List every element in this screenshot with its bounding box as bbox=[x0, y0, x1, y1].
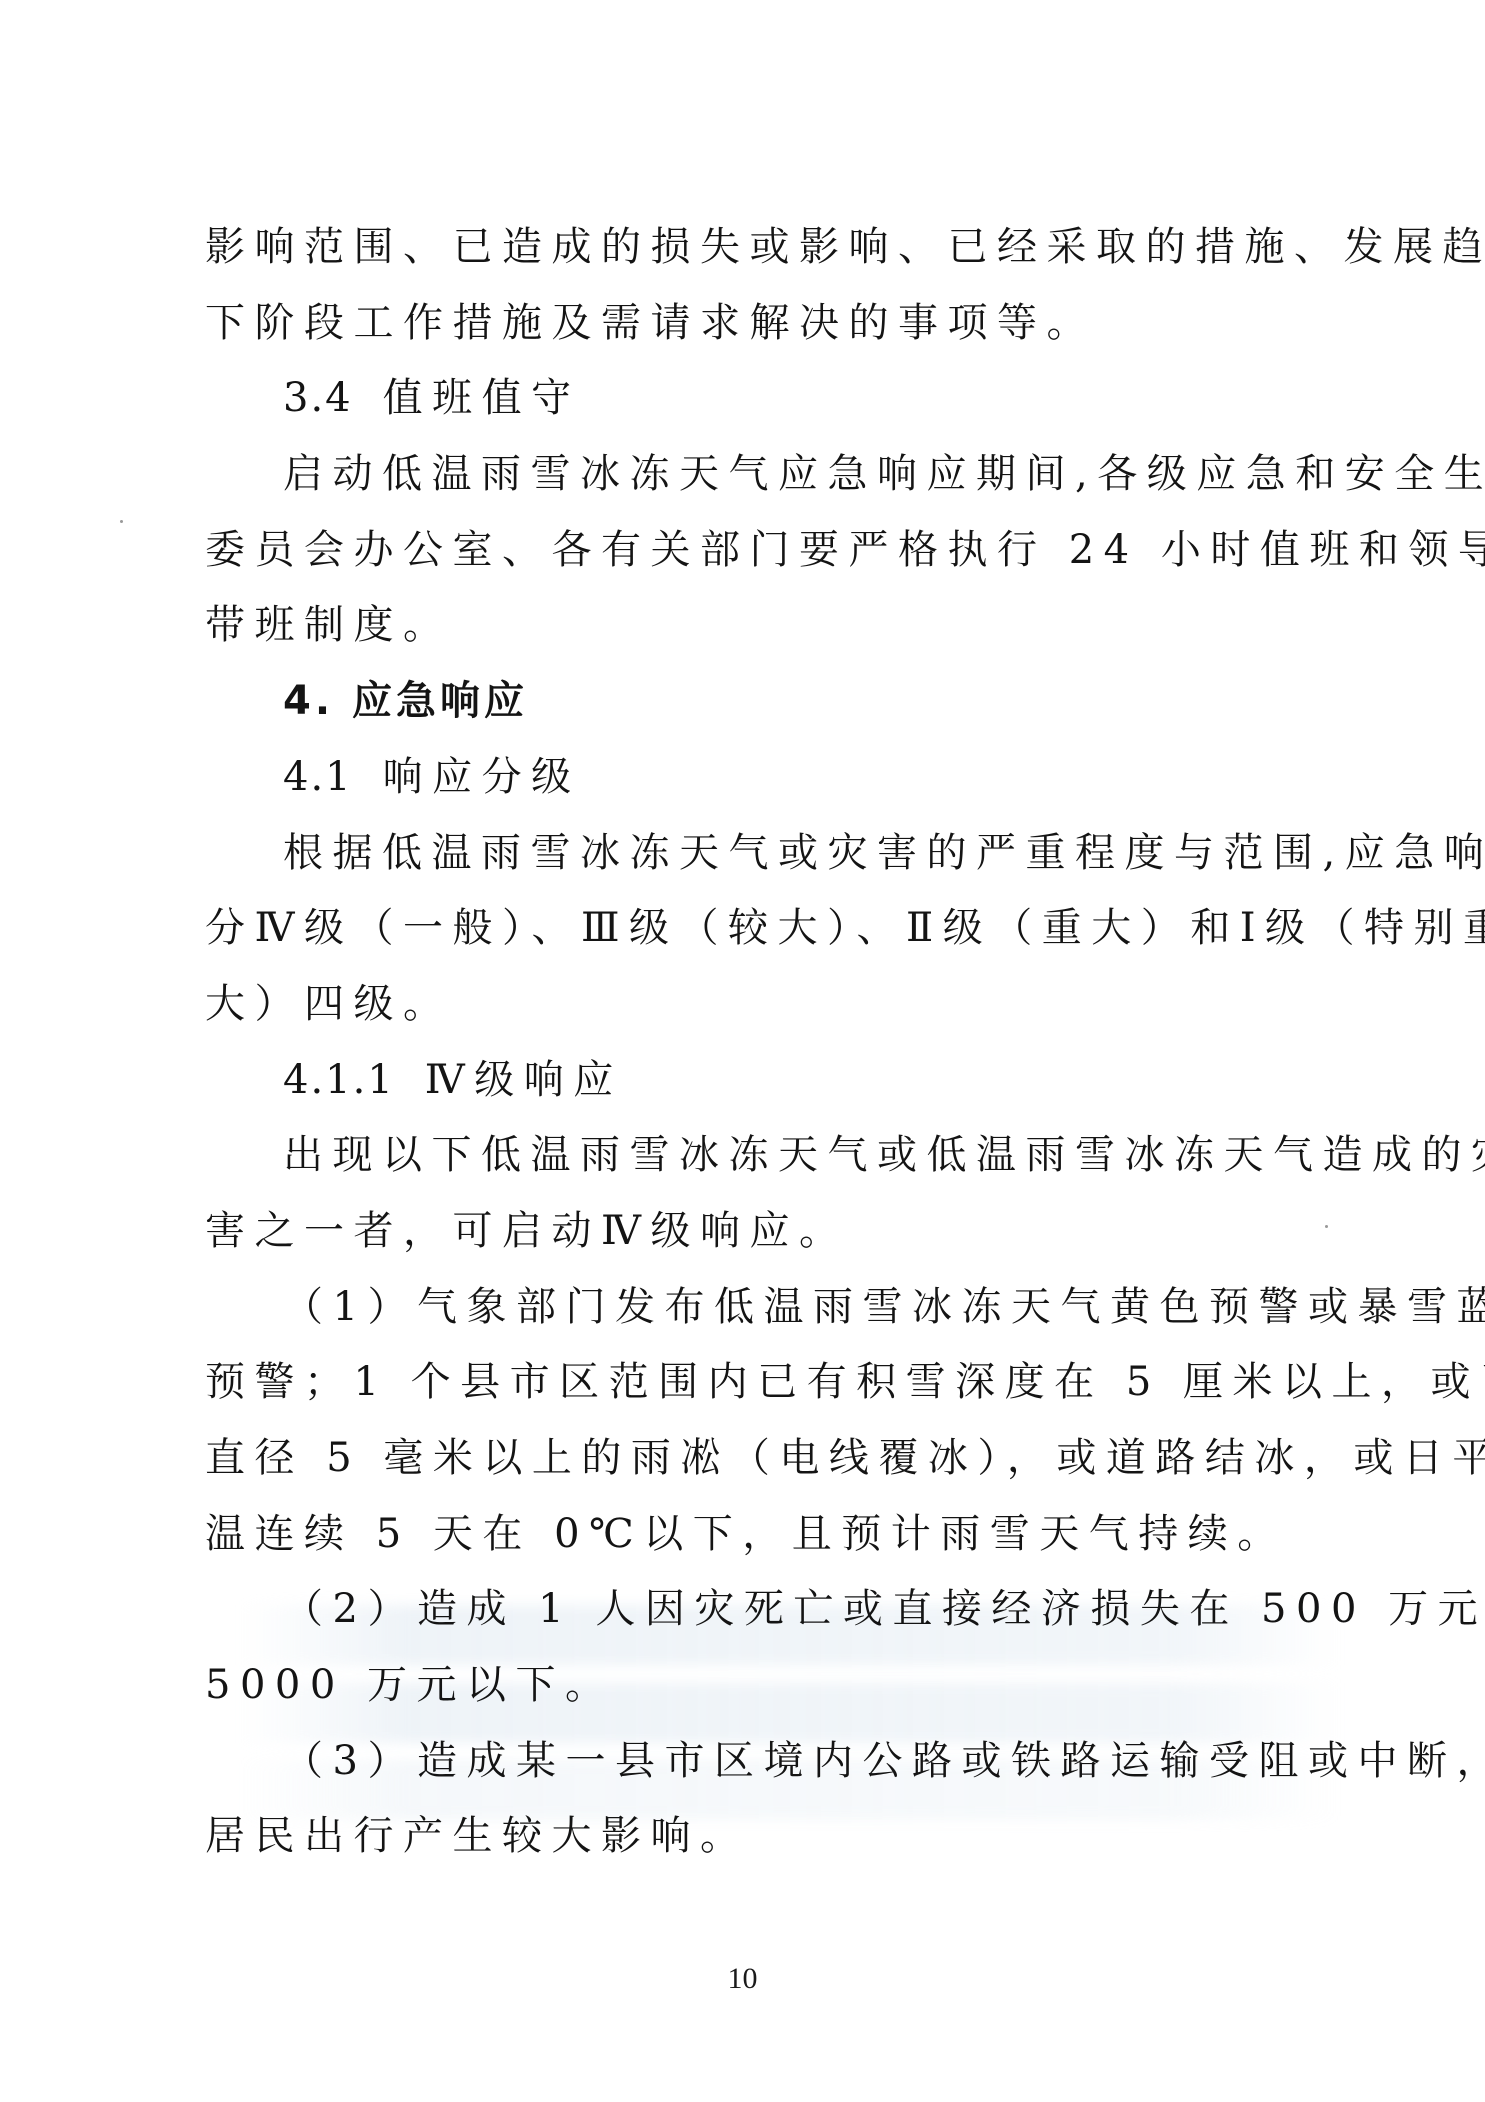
page-number: 10 bbox=[0, 1962, 1485, 1996]
section-heading-4-1: 4.1响应分级 bbox=[205, 740, 1305, 816]
section-title: 值班值守 bbox=[383, 375, 581, 421]
section-number: 3.4 bbox=[283, 361, 353, 437]
body-line: 带班制度。 bbox=[205, 588, 1305, 664]
body-line: 5000 万元以下。 bbox=[205, 1648, 1305, 1724]
list-item-3: （3）造成某一县市区境内公路或铁路运输受阻或中断，对 bbox=[205, 1724, 1305, 1800]
body-line: 大）四级。 bbox=[205, 967, 1305, 1043]
body-line: 影响范围、已造成的损失或影响、已经采取的措施、发展趋势、 bbox=[205, 210, 1305, 286]
chapter-title: 应急响应 bbox=[352, 678, 528, 724]
scan-speck bbox=[1325, 1225, 1328, 1228]
section-title: 响应分级 bbox=[383, 754, 581, 800]
section-title: Ⅳ级响应 bbox=[425, 1057, 623, 1103]
body-line: 害之一者，可启动Ⅳ级响应。 bbox=[205, 1194, 1305, 1270]
body-line: 下阶段工作措施及需请求解决的事项等。 bbox=[205, 286, 1305, 362]
section-number: 4.1 bbox=[283, 740, 353, 816]
document-page: 影响范围、已造成的损失或影响、已经采取的措施、发展趋势、 下阶段工作措施及需请求… bbox=[0, 0, 1485, 2102]
chapter-number: 4. bbox=[283, 678, 334, 724]
body-line: 分Ⅳ级（一般）、Ⅲ级（较大）、Ⅱ级（重大）和Ⅰ级（特别重 bbox=[205, 891, 1305, 967]
body-line: 预警；1 个县市区范围内已有积雪深度在 5 厘米以上，或已出现 bbox=[205, 1345, 1305, 1421]
body-line: 居民出行产生较大影响。 bbox=[205, 1799, 1305, 1875]
list-item-2: （2）造成 1 人因灾死亡或直接经济损失在 500 万元以上、 bbox=[205, 1572, 1305, 1648]
document-body: 影响范围、已造成的损失或影响、已经采取的措施、发展趋势、 下阶段工作措施及需请求… bbox=[205, 210, 1305, 1875]
body-line: 温连续 5 天在 0℃以下，且预计雨雪天气持续。 bbox=[205, 1497, 1305, 1573]
list-item-1: （1）气象部门发布低温雨雪冰冻天气黄色预警或暴雪蓝色 bbox=[205, 1270, 1305, 1346]
scan-speck bbox=[120, 520, 123, 523]
section-number: 4.1.1 bbox=[283, 1043, 395, 1119]
chapter-heading-4: 4.应急响应 bbox=[205, 664, 1305, 740]
body-line: 委员会办公室、各有关部门要严格执行 24 小时值班和领导在岗 bbox=[205, 513, 1305, 589]
body-line: 直径 5 毫米以上的雨凇（电线覆冰），或道路结冰，或日平均气 bbox=[205, 1421, 1305, 1497]
section-heading-3-4: 3.4值班值守 bbox=[205, 361, 1305, 437]
body-line: 启动低温雨雪冰冻天气应急响应期间,各级应急和安全生产 bbox=[205, 437, 1305, 513]
body-line: 根据低温雨雪冰冻天气或灾害的严重程度与范围,应急响应 bbox=[205, 816, 1305, 892]
section-heading-4-1-1: 4.1.1Ⅳ级响应 bbox=[205, 1043, 1305, 1119]
body-line: 出现以下低温雨雪冰冻天气或低温雨雪冰冻天气造成的灾 bbox=[205, 1118, 1305, 1194]
